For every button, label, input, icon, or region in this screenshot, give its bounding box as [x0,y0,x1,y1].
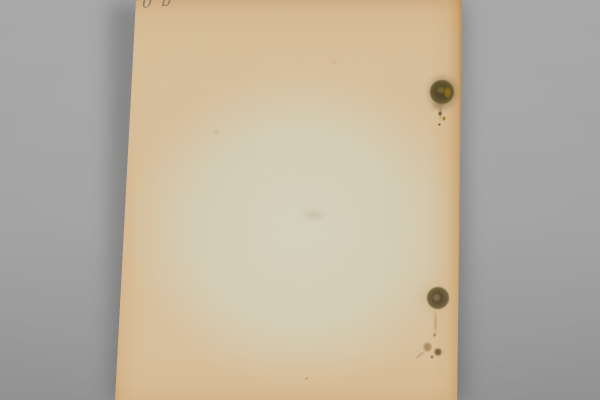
pencil-inscription: 10 b [130,0,175,13]
paper-grain-texture [114,0,463,400]
top-right-under-smudge [430,101,447,110]
lower-right-hole-core [427,287,449,309]
tiny-speck [430,355,434,359]
top-right-gold-fleck [444,87,451,98]
top-right-gold-dot [442,116,446,121]
photograph: 10 b [0,0,600,400]
lower-right-hole-halo [418,281,455,315]
small-dark-blob [434,348,442,356]
lower-right-drip-end [433,333,436,337]
top-right-drip-dot [438,111,442,116]
orange-speck-bottom [305,377,308,380]
top-right-hole-halo [427,75,459,110]
faint-freckle-1 [214,130,219,134]
lower-right-hole-mottle [432,293,441,302]
hairline-scratch [414,350,426,360]
faint-freckle-2 [332,60,337,64]
top-right-drip-line [439,103,442,122]
top-right-hole-mottle [436,86,446,94]
paper-sheet: 10 b [114,0,463,400]
top-right-hole-core [430,80,454,104]
lower-right-drip-line [434,308,437,336]
top-right-speck [438,123,441,126]
small-tan-blob [423,342,432,352]
center-smudge [300,209,327,221]
